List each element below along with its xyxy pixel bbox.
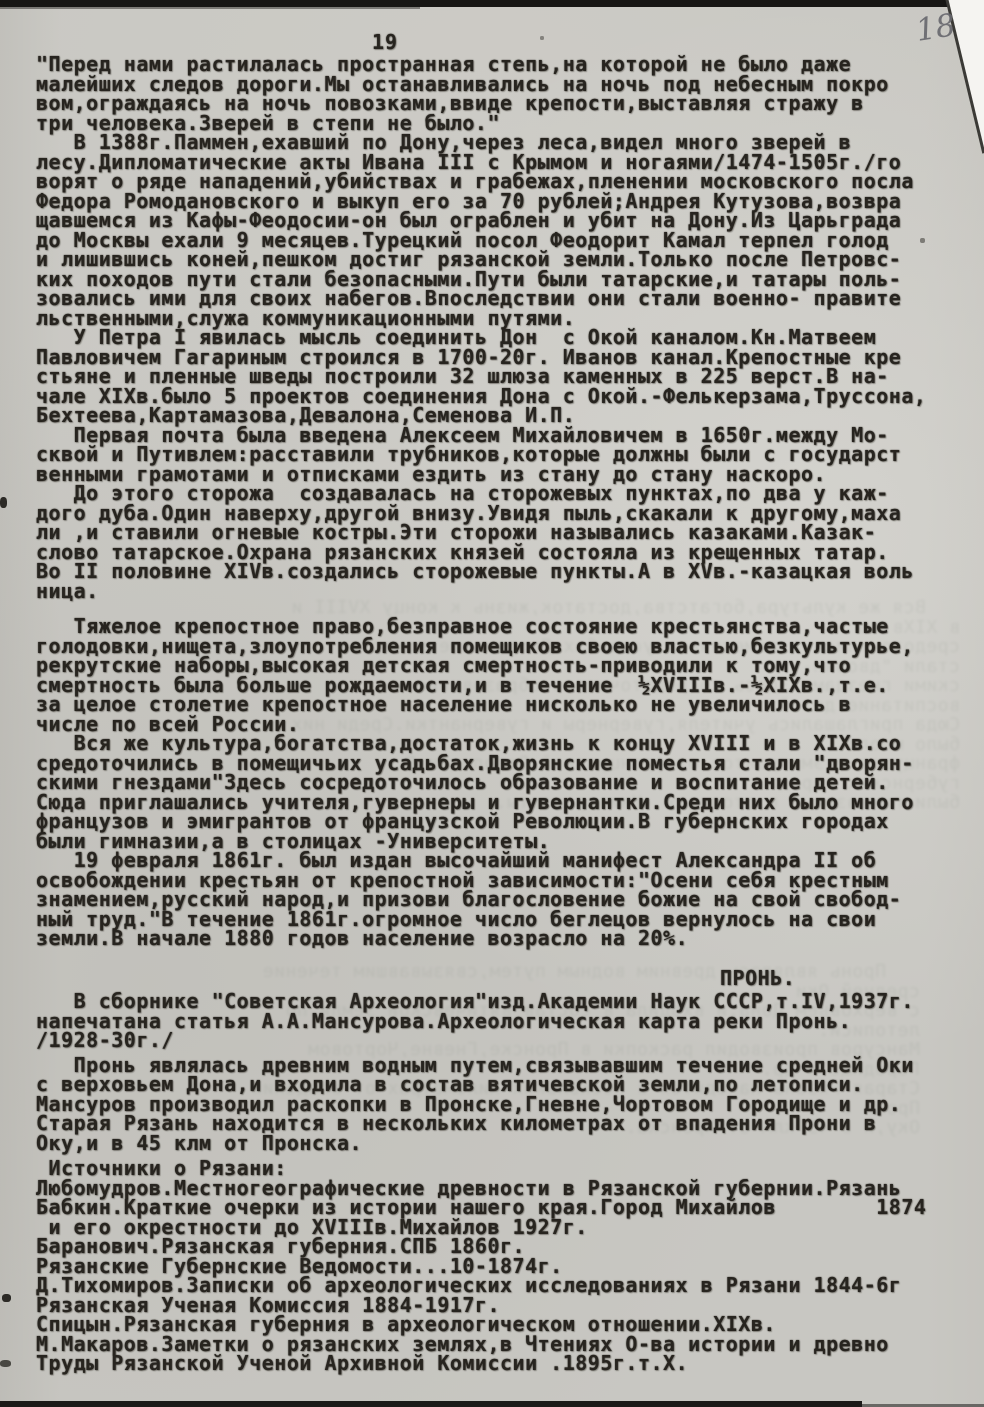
scan-top-edge-shadow	[0, 7, 420, 9]
paragraph-first-post: Первая почта была введена Алексеем Михай…	[36, 426, 966, 485]
document-body: "Перед нами растилалась пространная степ…	[36, 55, 966, 1374]
paragraph-don-travels: В 1388г.Паммен,ехавший по Дону,через лес…	[36, 133, 966, 328]
handwritten-page-number: 18	[913, 7, 958, 49]
paragraph-serfdom: Тяжелое крепостное право,безправное сост…	[36, 617, 966, 734]
ink-speck	[2, 1294, 11, 1302]
scanned-typewritten-page: Вся же культура,богатства,достаток,жизнь…	[0, 0, 984, 1407]
paragraph-canal: У Петра I явилась мысль соединить Дон с …	[36, 328, 966, 426]
paragraph-noble-estates: Вся же культура,богатства,достаток,жизнь…	[36, 734, 966, 851]
paragraph-pron-intro: В сборнике "Советская Археология"изд.Ака…	[36, 992, 966, 1051]
scan-bottom-edge	[0, 1401, 862, 1407]
typed-page-number: 19	[372, 30, 398, 54]
paragraph-pron-description: Пронь являлась древним водным путем,связ…	[36, 1056, 966, 1154]
ink-speck	[0, 1360, 11, 1367]
paragraph-manifesto-1861: 19 февраля 1861г. был издан высочайший м…	[36, 851, 966, 949]
ink-speck	[540, 36, 544, 40]
paragraph-steppe-quote: "Перед нами растилалась пространная степ…	[36, 55, 966, 133]
scan-top-edge	[0, 0, 952, 7]
ink-speck	[0, 497, 7, 508]
sources-list: Любомудров.Местногеографические древност…	[36, 1179, 966, 1374]
section-heading-pron: ПРОНЬ.	[36, 969, 966, 989]
paragraph-watchposts: До этого сторожа создавалась на сторожев…	[36, 484, 966, 601]
